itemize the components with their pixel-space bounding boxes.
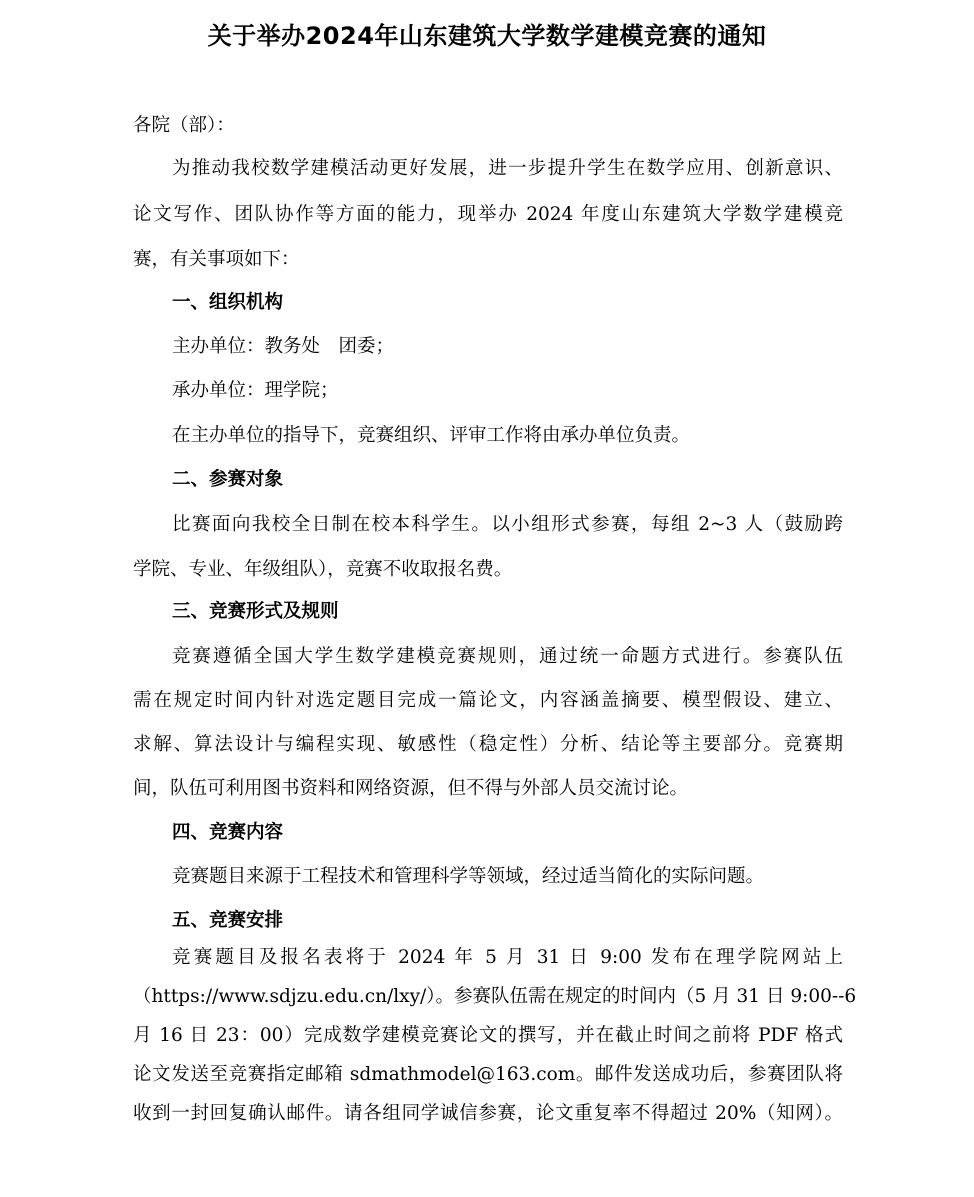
section-heading: 四、竞赛内容 [172, 818, 882, 848]
paragraph-line: 月 16 日 23：00）完成数学建模竞赛论文的撰写，并在截止时间之前将 PDF… [133, 1021, 843, 1051]
paragraph-line: 在主办单位的指导下，竞赛组织、评审工作将由承办单位负责。 [172, 421, 882, 451]
document-title: 关于举办2024年山东建筑大学数学建模竞赛的通知 [0, 14, 974, 58]
paragraph-line-email: 论文发送至竞赛指定邮箱 sdmathmodel@163.com。邮件发送成功后，… [133, 1060, 843, 1090]
section-heading: 五、竞赛安排 [172, 906, 882, 936]
paragraph-line: 需在规定时间内针对选定题目完成一篇论文，内容涵盖摘要、模型假设、建立、 [133, 686, 843, 716]
paragraph-line: 学院、专业、年级组队），竞赛不收取报名费。 [133, 555, 843, 585]
paragraph-line: 为推动我校数学建模活动更好发展，进一步提升学生在数学应用、创新意识、 [172, 154, 843, 184]
paragraph-line: 论文写作、团队协作等方面的能力，现举办 2024 年度山东建筑大学数学建模竞 [133, 200, 843, 230]
paragraph-line: 竞赛题目来源于工程技术和管理科学等领域，经过适当简化的实际问题。 [172, 862, 882, 892]
section-heading: 一、组织机构 [172, 288, 882, 318]
paragraph-line: 竞赛遵循全国大学生数学建模竞赛规则，通过统一命题方式进行。参赛队伍 [172, 642, 843, 672]
paragraph-line: 间，队伍可利用图书资料和网络资源，但不得与外部人员交流讨论。 [133, 774, 843, 804]
paragraph-line: 收到一封回复确认邮件。请各组同学诚信参赛，论文重复率不得超过 20%（知网）。 [133, 1099, 843, 1129]
paragraph-line: 求解、算法设计与编程实现、敏感性（稳定性）分析、结论等主要部分。竞赛期 [133, 730, 843, 760]
paragraph-line-website: （https://www.sdjzu.edu.cn/lxy/）。参赛队伍需在规定… [133, 982, 843, 1012]
paragraph-line: 赛，有关事项如下： [133, 245, 843, 275]
paragraph-line: 比赛面向我校全日制在校本科学生。以小组形式参赛，每组 2~3 人（鼓励跨 [172, 510, 843, 540]
paragraph-line: 竞赛题目及报名表将于 2024 年 5 月 31 日 9:00 发布在理学院网站… [172, 943, 843, 973]
section-heading: 二、参赛对象 [172, 465, 882, 495]
salutation: 各院（部）： [133, 111, 843, 141]
organizer-line: 主办单位：教务处 团委； [172, 332, 882, 362]
section-heading: 三、竞赛形式及规则 [172, 597, 882, 627]
co-organizer-line: 承办单位：理学院； [172, 376, 882, 406]
